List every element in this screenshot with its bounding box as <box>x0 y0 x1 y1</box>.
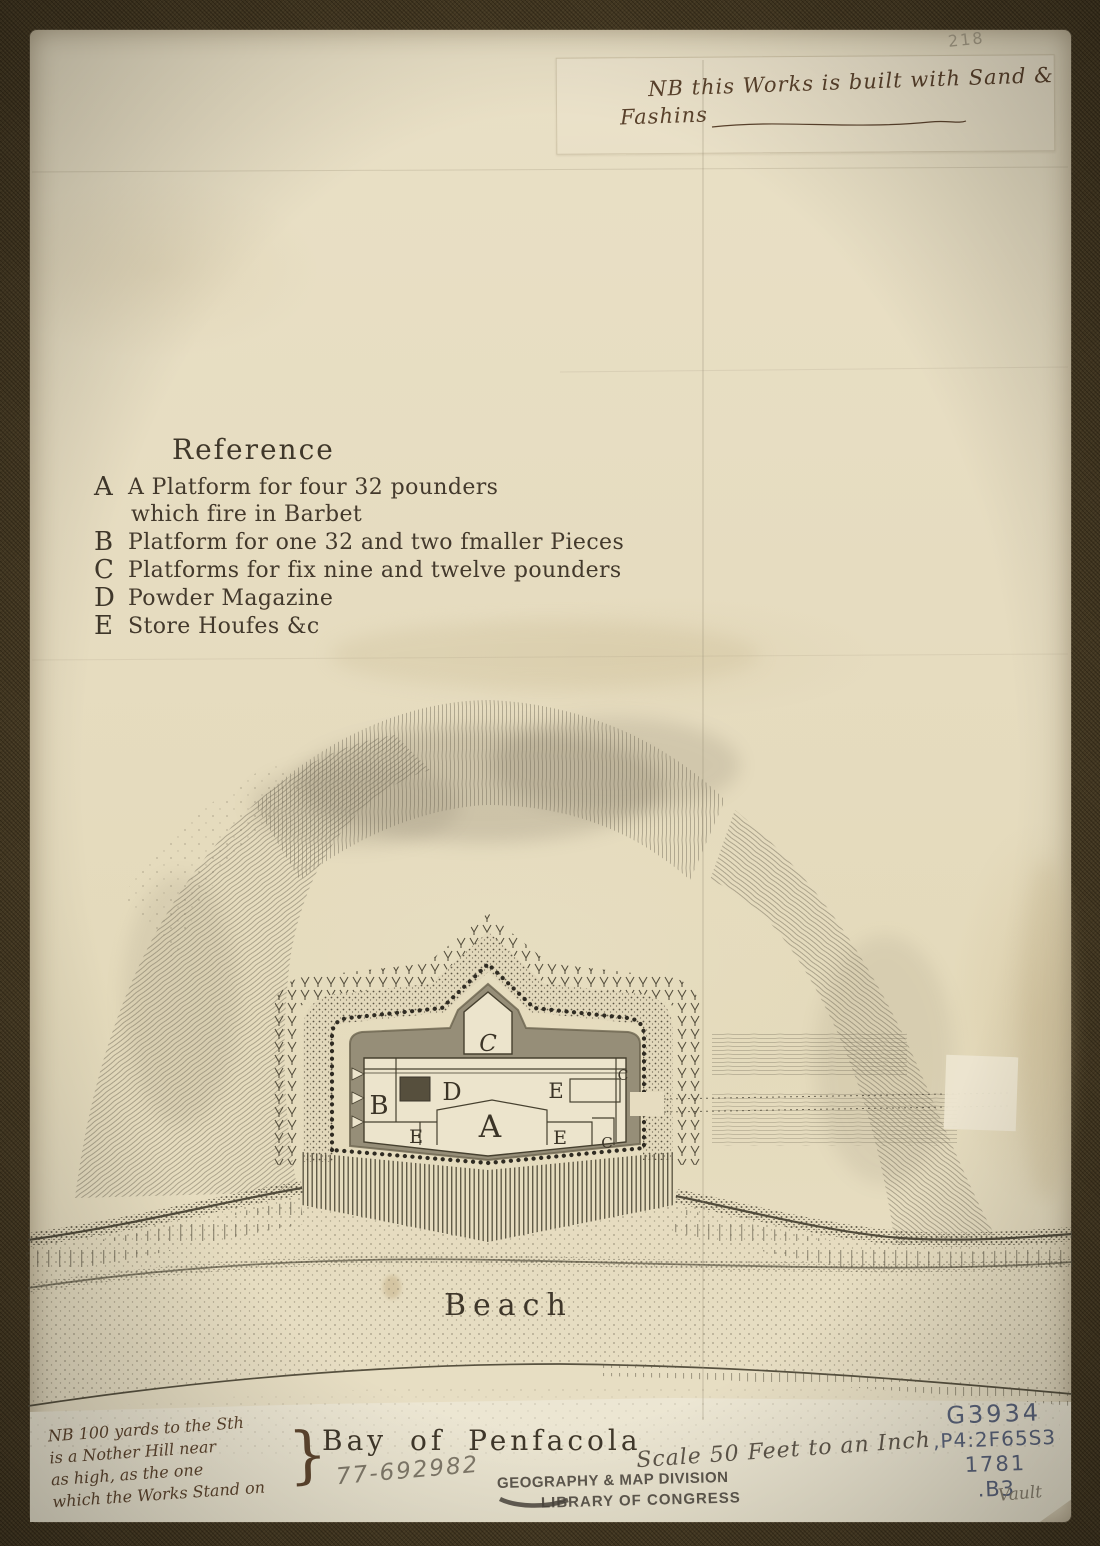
reference-letter: A <box>94 474 128 501</box>
left-platform-label: B <box>369 1091 388 1121</box>
reference-text: Store Houfes &c <box>128 613 320 640</box>
reference-item-e: E Store Houfes &c <box>94 613 674 640</box>
vault-annotation: Vault <box>997 1482 1043 1506</box>
reference-letter: B <box>94 529 128 556</box>
reference-item-c: C Platforms for fix nine and twelve poun… <box>94 557 674 584</box>
parade-label: A <box>478 1109 502 1145</box>
reference-text: Platform for one 32 and two fmaller Piec… <box>128 529 624 556</box>
powder-magazine-block <box>400 1077 430 1101</box>
call-number: G3934 ,P4:2F65S3 1781 .B3 <box>903 1399 1086 1505</box>
bastion-label: C <box>479 1031 497 1057</box>
reference-letter: C <box>94 557 128 584</box>
reference-item-a: A A Platform for four 32 pounderswhich f… <box>94 474 674 528</box>
reference-text-line1: A Platform for four 32 pounders <box>128 475 498 500</box>
entrance-gap <box>630 1092 664 1116</box>
reference-text: Powder Magazine <box>128 585 333 612</box>
marginal-note-brace: } <box>287 1417 329 1491</box>
paper-repair-patch <box>944 1055 1019 1131</box>
reference-text: A Platform for four 32 pounderswhich fir… <box>128 474 498 528</box>
corner-number: 218 <box>947 28 985 51</box>
magazine-label: D <box>442 1078 461 1106</box>
store-bottom-left-label: E <box>409 1126 423 1148</box>
corner-top-right-label: C <box>618 1068 629 1084</box>
reference-letter: E <box>94 613 128 640</box>
scanned-map-sheet: C B D E C A E E C NB this Works is built… <box>0 0 1100 1546</box>
corner-bottom-right-label: C <box>601 1134 612 1152</box>
reference-item-b: B Platform for one 32 and two fmaller Pi… <box>94 529 674 556</box>
reference-item-d: D Powder Magazine <box>94 585 674 612</box>
marginal-note: NB 100 yards to the Sth is a Nother Hill… <box>47 1411 266 1514</box>
beach-label: Beach <box>444 1288 573 1323</box>
store-right-label: E <box>548 1079 563 1103</box>
top-note-line2: Fashins <box>620 102 709 129</box>
reference-title: Reference <box>172 433 335 466</box>
map-title: Bay of Penfacola <box>322 1424 642 1457</box>
reference-letter: D <box>94 585 128 612</box>
reference-text: Platforms for fix nine and twelve pounde… <box>128 557 622 584</box>
store-bottom-right-label: E <box>553 1127 567 1149</box>
reference-list: A A Platform for four 32 pounderswhich f… <box>94 474 674 641</box>
reference-text-line2: which fire in Barbet <box>131 501 498 528</box>
